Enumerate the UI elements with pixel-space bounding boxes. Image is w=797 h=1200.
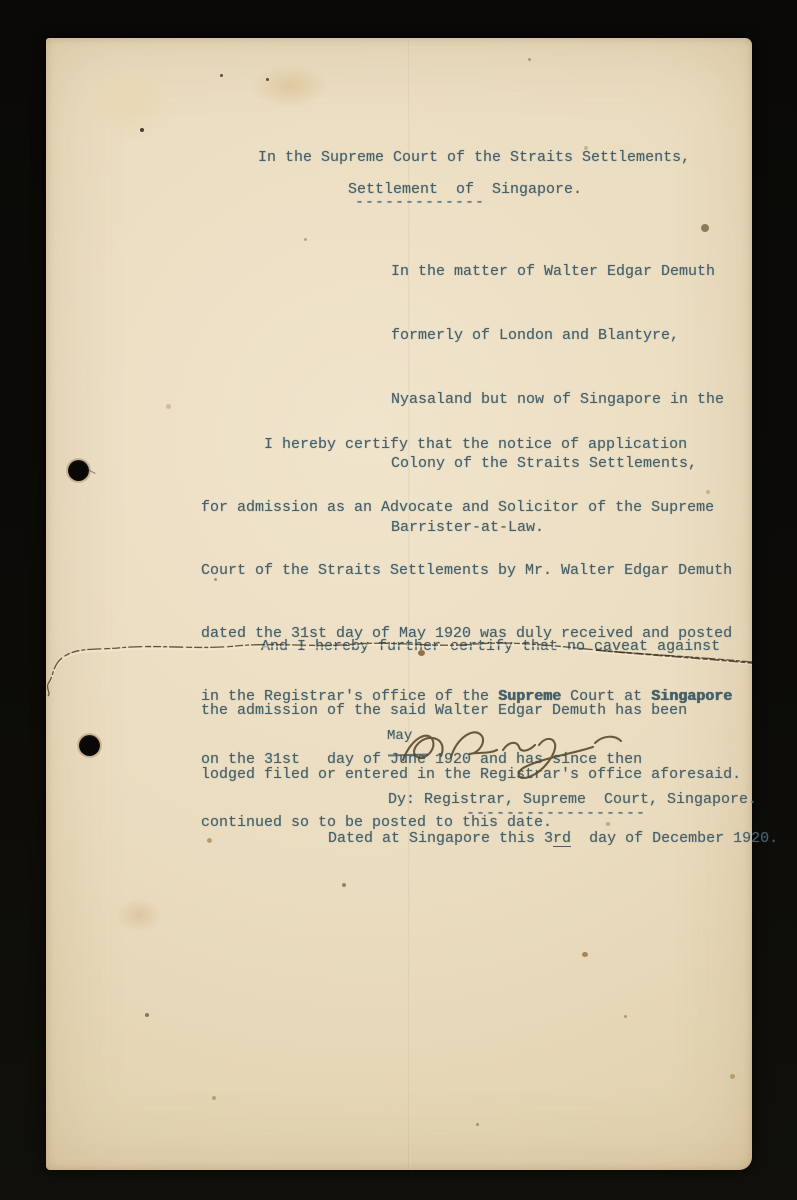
- foxing-spot: [214, 578, 217, 581]
- foxing-spot: [212, 1096, 216, 1100]
- foxing-spot: [166, 404, 171, 409]
- foxing-spot: [476, 1123, 479, 1126]
- dated-prefix: Dated at Singapore this 3: [328, 830, 553, 847]
- registrar-signature: [381, 710, 651, 795]
- foxing-spot: [145, 1013, 149, 1017]
- corner-crease-smudge: [82, 64, 177, 142]
- tear-line: [46, 626, 752, 696]
- foxing-spot: [266, 78, 269, 81]
- foxing-spot: [624, 1015, 627, 1018]
- foxing-spot: [207, 838, 212, 843]
- tear-stain: [418, 650, 425, 656]
- matter-line: In the matter of Walter Edgar Demuth: [391, 257, 724, 287]
- signoff-divider: ------------------: [466, 804, 646, 824]
- body-line: I hereby certify that the notice of appl…: [201, 430, 732, 459]
- foxing-spot: [584, 146, 588, 150]
- foxing-spot: [606, 822, 610, 826]
- foxing-spot: [528, 58, 531, 61]
- foxing-spot: [220, 74, 223, 77]
- scanned-document: { "colors": { "background": "#0b0a07", "…: [0, 0, 797, 1200]
- stain-smudge: [116, 898, 162, 932]
- dated-line: Dated at Singapore this 3rd day of Decem…: [201, 824, 778, 854]
- hole-punch: [68, 460, 89, 481]
- foxing-spot: [304, 238, 307, 241]
- document-page: In the Supreme Court of the Straits Sett…: [46, 38, 752, 1170]
- court-heading-line1: In the Supreme Court of the Straits Sett…: [258, 148, 690, 168]
- body-line: for admission as an Advocate and Solicit…: [201, 493, 732, 522]
- foxing-spot: [701, 224, 709, 232]
- foxing-spot: [706, 490, 710, 494]
- dated-suffix: day of December 1920.: [571, 830, 778, 847]
- foxing-spot: [730, 1074, 735, 1079]
- matter-line: formerly of London and Blantyre,: [391, 321, 724, 351]
- foxing-spot: [342, 883, 346, 887]
- foxing-spot: [140, 128, 144, 132]
- body-line: Court of the Straits Settlements by Mr. …: [201, 556, 732, 585]
- foxing-spot: [582, 952, 588, 957]
- stain-smudge: [251, 64, 329, 108]
- heading-divider: -------------: [355, 193, 485, 213]
- hole-punch: [79, 735, 100, 756]
- ordinal-suffix: rd: [553, 832, 571, 847]
